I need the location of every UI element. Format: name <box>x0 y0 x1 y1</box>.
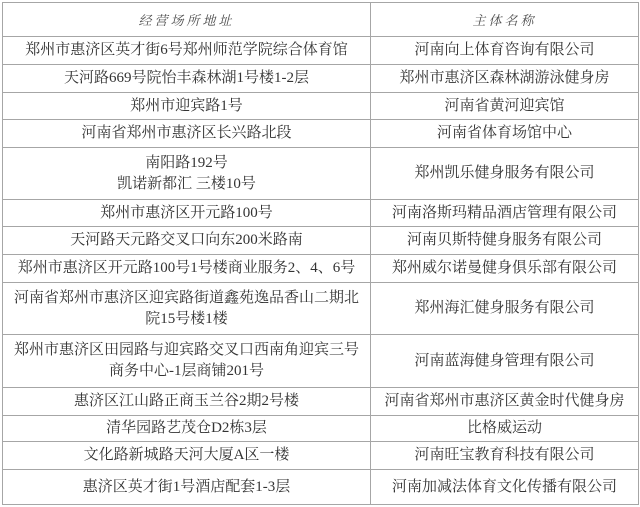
name-cell: 河南洛斯玛精品酒店管理有限公司 <box>371 200 639 227</box>
business-premises-table-container: 经营场所地址 主体名称 郑州市惠济区英才街6号郑州师范学院综合体育馆 河南向上体… <box>2 2 638 505</box>
table-row: 郑州市迎宾路1号 河南省黄河迎宾馆 <box>3 93 639 120</box>
table-row: 河南省郑州市惠济区迎宾路街道鑫苑逸品香山二期北院15号楼1楼 郑州海汇健身服务有… <box>3 283 639 335</box>
name-cell: 河南旺宝教育科技有限公司 <box>371 442 639 470</box>
table-row: 惠济区英才街1号酒店配套1-3层 河南加减法体育文化传播有限公司 <box>3 470 639 505</box>
name-cell: 河南省体育场馆中心 <box>371 120 639 148</box>
address-cell: 郑州市惠济区田园路与迎宾路交叉口西南角迎宾三号商务中心-1层商铺201号 <box>3 335 371 388</box>
address-cell: 惠济区江山路正商玉兰谷2期2号楼 <box>3 388 371 416</box>
table-row: 郑州市惠济区开元路100号 河南洛斯玛精品酒店管理有限公司 <box>3 200 639 227</box>
address-cell: 天河路669号院怡丰森林湖1号楼1-2层 <box>3 65 371 93</box>
address-cell: 河南省郑州市惠济区长兴路北段 <box>3 120 371 148</box>
address-cell: 南阳路192号 凯诺新都汇 三楼10号 <box>3 148 371 200</box>
table-row: 清华园路艺茂仓D2栋3层 比格威运动 <box>3 416 639 442</box>
name-cell: 比格威运动 <box>371 416 639 442</box>
address-cell: 郑州市惠济区开元路100号 <box>3 200 371 227</box>
name-cell: 郑州海汇健身服务有限公司 <box>371 283 639 335</box>
table-row: 河南省郑州市惠济区长兴路北段 河南省体育场馆中心 <box>3 120 639 148</box>
name-cell: 河南加减法体育文化传播有限公司 <box>371 470 639 505</box>
table-row: 郑州市惠济区开元路100号1号楼商业服务2、4、6号 郑州威尔诺曼健身俱乐部有限… <box>3 255 639 283</box>
table-row: 惠济区江山路正商玉兰谷2期2号楼 河南省郑州市惠济区黄金时代健身房 <box>3 388 639 416</box>
address-cell: 清华园路艺茂仓D2栋3层 <box>3 416 371 442</box>
header-name: 主体名称 <box>371 3 639 37</box>
name-cell: 郑州凯乐健身服务有限公司 <box>371 148 639 200</box>
address-cell: 惠济区英才街1号酒店配套1-3层 <box>3 470 371 505</box>
name-cell: 郑州威尔诺曼健身俱乐部有限公司 <box>371 255 639 283</box>
header-row: 经营场所地址 主体名称 <box>3 3 639 37</box>
address-cell: 郑州市迎宾路1号 <box>3 93 371 120</box>
address-cell: 河南省郑州市惠济区迎宾路街道鑫苑逸品香山二期北院15号楼1楼 <box>3 283 371 335</box>
name-cell: 河南省郑州市惠济区黄金时代健身房 <box>371 388 639 416</box>
business-premises-table: 经营场所地址 主体名称 郑州市惠济区英才街6号郑州师范学院综合体育馆 河南向上体… <box>2 2 639 505</box>
table-row: 天河路669号院怡丰森林湖1号楼1-2层 郑州市惠济区森林湖游泳健身房 <box>3 65 639 93</box>
name-cell: 河南向上体育咨询有限公司 <box>371 37 639 65</box>
table-row: 文化路新城路天河大厦A区一楼 河南旺宝教育科技有限公司 <box>3 442 639 470</box>
name-cell: 河南贝斯特健身服务有限公司 <box>371 227 639 255</box>
address-cell: 文化路新城路天河大厦A区一楼 <box>3 442 371 470</box>
name-cell: 河南蓝海健身管理有限公司 <box>371 335 639 388</box>
table-row: 郑州市惠济区英才街6号郑州师范学院综合体育馆 河南向上体育咨询有限公司 <box>3 37 639 65</box>
address-cell: 郑州市惠济区开元路100号1号楼商业服务2、4、6号 <box>3 255 371 283</box>
table-row: 天河路天元路交叉口向东200米路南 河南贝斯特健身服务有限公司 <box>3 227 639 255</box>
table-row: 郑州市惠济区田园路与迎宾路交叉口西南角迎宾三号商务中心-1层商铺201号 河南蓝… <box>3 335 639 388</box>
address-cell: 天河路天元路交叉口向东200米路南 <box>3 227 371 255</box>
header-address: 经营场所地址 <box>3 3 371 37</box>
name-cell: 郑州市惠济区森林湖游泳健身房 <box>371 65 639 93</box>
table-row: 南阳路192号 凯诺新都汇 三楼10号 郑州凯乐健身服务有限公司 <box>3 148 639 200</box>
address-cell: 郑州市惠济区英才街6号郑州师范学院综合体育馆 <box>3 37 371 65</box>
name-cell: 河南省黄河迎宾馆 <box>371 93 639 120</box>
